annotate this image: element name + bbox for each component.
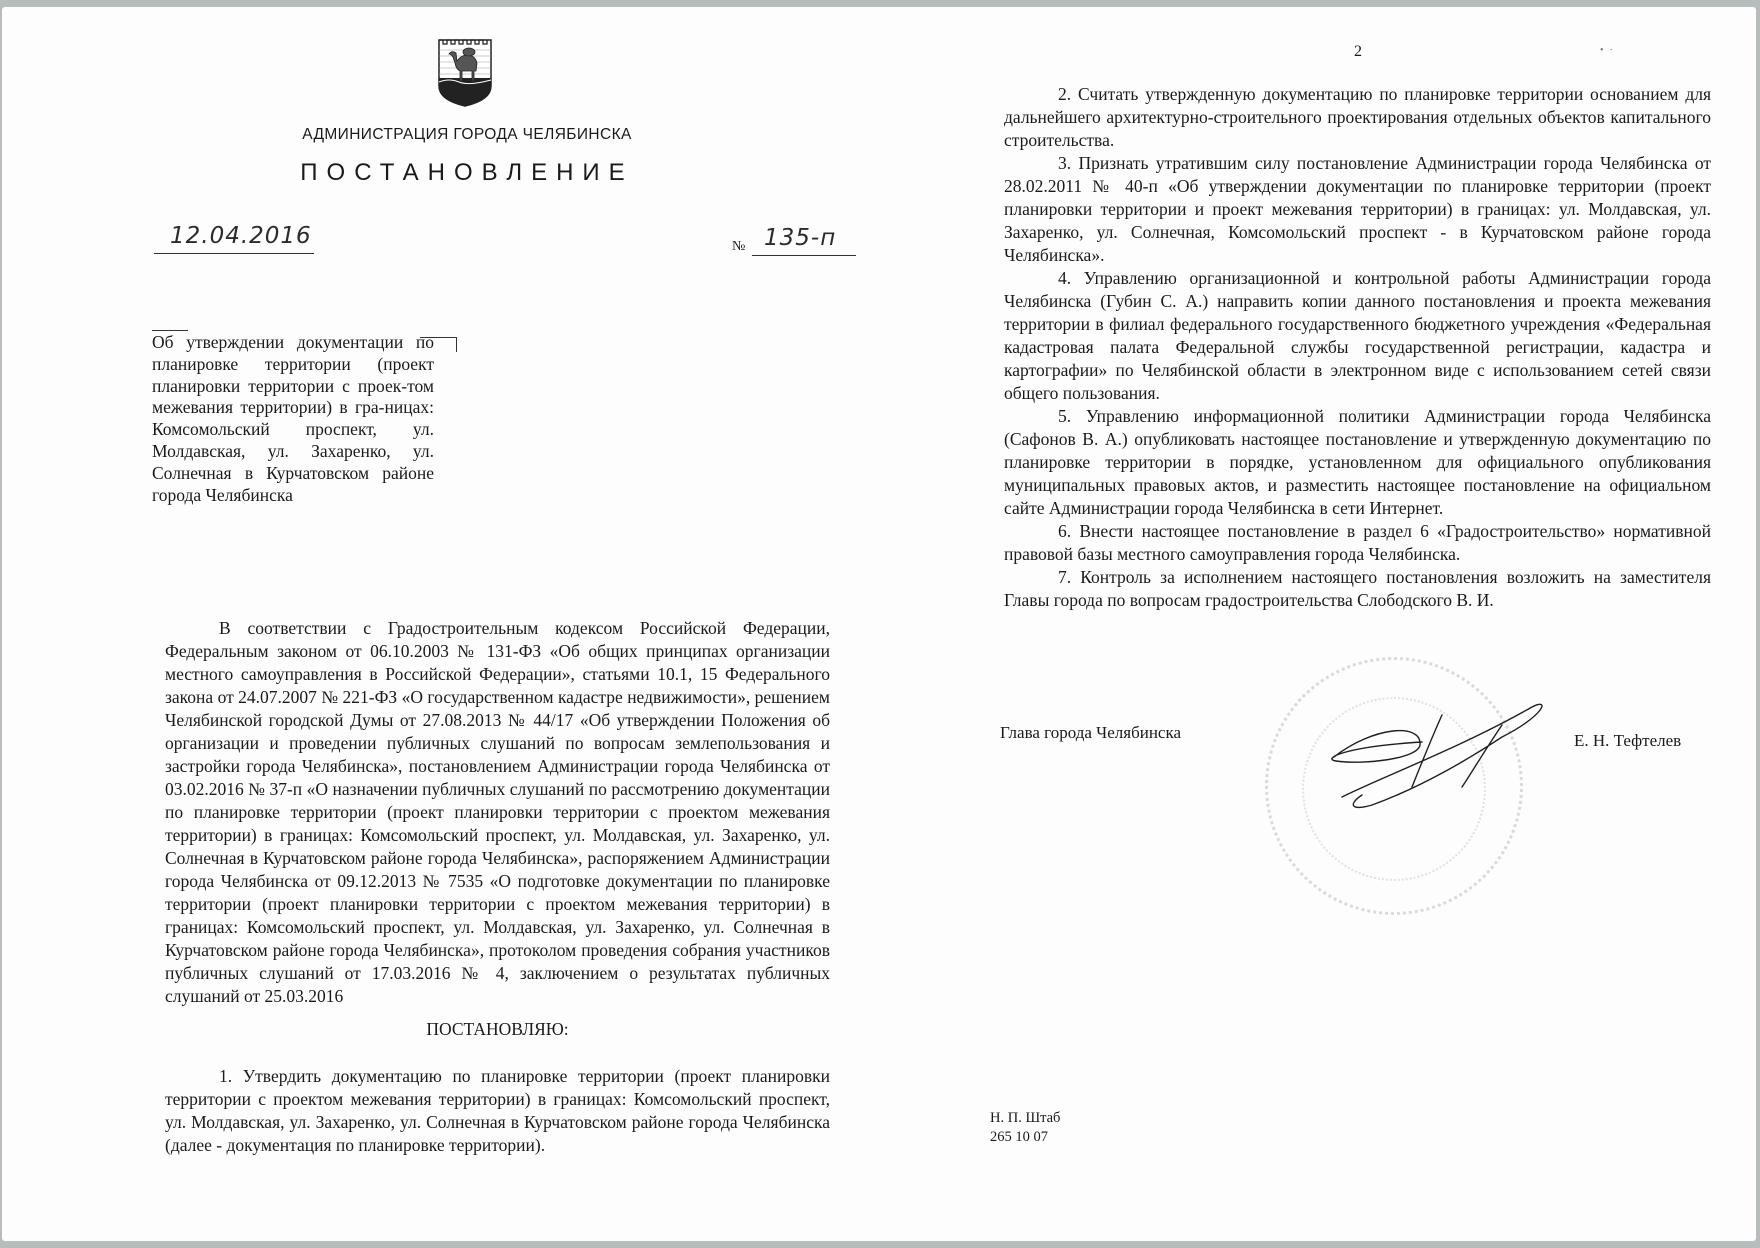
resolution-item-2: 2. Считать утвержденную документацию по … — [1004, 83, 1711, 152]
signer-name: Е. Н. Тефтелев — [1574, 731, 1681, 751]
resolve-heading: ПОСТАНОВЛЯЮ: — [165, 1019, 830, 1040]
document-title: Об утверждении документации по планировк… — [152, 332, 434, 506]
number-field: 135-п — [752, 225, 856, 256]
executor-info: Н. П. Штаб 265 10 07 — [990, 1109, 1060, 1147]
resolution-item-4: 4. Управлению организационной и контроль… — [1004, 267, 1711, 405]
title-corner-mark-left — [152, 330, 188, 331]
executor-name: Н. П. Штаб — [990, 1109, 1060, 1128]
handwritten-number: 135-п — [764, 225, 836, 251]
scanned-sheet: АДМИНИСТРАЦИЯ ГОРОДА ЧЕЛЯБИНСКА ПОСТАНОВ… — [2, 7, 1756, 1241]
number-sign: № — [732, 239, 745, 255]
signature-icon — [1302, 687, 1562, 817]
page-number: 2 — [1354, 43, 1362, 61]
preamble: В соответствии с Градостроительным кодек… — [165, 617, 830, 1008]
handwritten-date: 12.04.2016 — [170, 223, 312, 249]
resolution-item-3: 3. Признать утратившим силу постановлени… — [1004, 152, 1711, 267]
scan-artifact: •· — [1600, 45, 1619, 56]
resolution-item-1: 1. Утвердить документацию по планировке … — [165, 1065, 830, 1157]
document-type-heading: ПОСТАНОВЛЕНИЕ — [292, 159, 642, 187]
executor-phone: 265 10 07 — [990, 1128, 1060, 1147]
resolution-items-page1: 1. Утвердить документацию по планировке … — [165, 1065, 830, 1157]
resolution-items-page2: 2. Считать утвержденную документацию по … — [1004, 83, 1711, 612]
date-field: 12.04.2016 — [154, 223, 314, 254]
preamble-text: В соответствии с Градостроительным кодек… — [165, 617, 830, 1008]
resolution-item-7: 7. Контроль за исполнением настоящего по… — [1004, 566, 1711, 612]
coat-of-arms-icon — [437, 38, 493, 108]
issuer-header: АДМИНИСТРАЦИЯ ГОРОДА ЧЕЛЯБИНСКА — [292, 126, 642, 144]
resolution-item-5: 5. Управлению информационной политики Ад… — [1004, 405, 1711, 520]
signer-title: Глава города Челябинска — [1000, 723, 1181, 743]
resolution-item-6: 6. Внести настоящее постановление в разд… — [1004, 520, 1711, 566]
